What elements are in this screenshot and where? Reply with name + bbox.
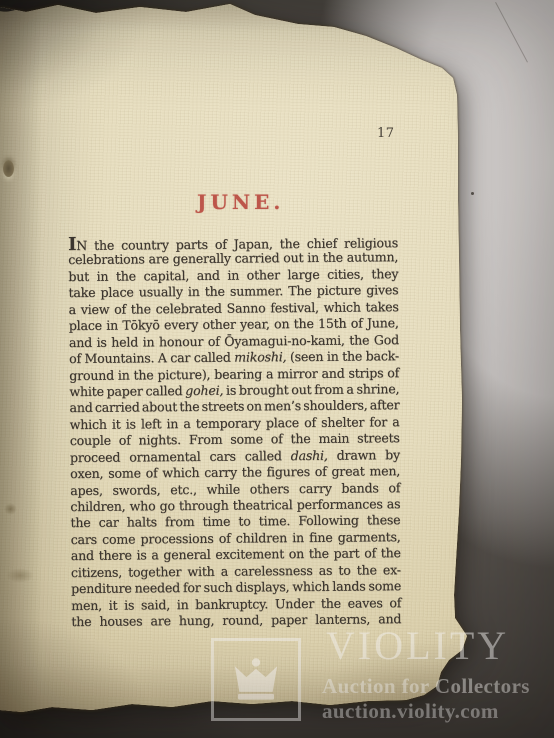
paper-hole: [3, 160, 14, 177]
word: of: [119, 433, 131, 448]
word: carry: [299, 480, 332, 495]
word: a: [183, 416, 190, 431]
word: it: [112, 416, 121, 431]
word: which: [292, 579, 329, 594]
word: in: [188, 284, 200, 299]
word: displays,: [235, 579, 289, 594]
word: called: [245, 448, 282, 463]
word: performances: [297, 496, 383, 512]
word: these: [367, 513, 401, 528]
word: bankruptcy.: [195, 596, 268, 612]
word: June,: [367, 315, 399, 330]
word: Following: [298, 513, 359, 529]
word: men,: [369, 463, 400, 478]
word: on: [274, 316, 289, 331]
word: chief: [307, 236, 337, 251]
word: the: [309, 546, 329, 561]
word: a: [346, 381, 353, 396]
word: place: [100, 285, 133, 300]
word: mikoshi,: [234, 349, 286, 364]
word: of: [271, 431, 283, 446]
word: strips: [348, 365, 383, 380]
word: processions: [140, 531, 213, 547]
word: festival,: [270, 300, 319, 315]
word: celebrations: [68, 252, 145, 268]
word: streets: [202, 399, 245, 414]
word: Under: [275, 595, 314, 610]
word: of: [69, 351, 81, 366]
word: and: [71, 548, 94, 563]
word: brought: [239, 382, 289, 397]
word: a: [221, 563, 228, 578]
word: out: [283, 250, 303, 265]
word: said,: [141, 597, 170, 612]
word: paper: [107, 383, 143, 398]
word: the: [94, 238, 114, 253]
word: the: [242, 464, 262, 479]
word: houses: [99, 613, 142, 628]
word: nights.: [138, 432, 181, 447]
word: part: [333, 546, 359, 561]
word: God: [374, 332, 399, 347]
word: Sanno: [226, 300, 265, 315]
photo-of-book-page: 17 JUNE. INthecountrypartsofJapan,thechi…: [0, 0, 554, 738]
word: a: [69, 302, 76, 317]
word: are: [148, 252, 169, 267]
word: for: [369, 414, 387, 429]
word: A: [158, 350, 167, 365]
word: in: [166, 416, 178, 431]
word: who: [129, 498, 155, 513]
word: (seen: [290, 349, 324, 364]
word: after: [370, 397, 400, 412]
word: of: [389, 595, 401, 610]
word: penditure: [71, 581, 132, 597]
word: through: [179, 498, 229, 513]
word: together: [128, 564, 181, 579]
word: couple: [70, 433, 111, 448]
word: on: [289, 546, 304, 561]
word: back-: [366, 348, 399, 363]
word: view: [81, 301, 110, 316]
word: fine: [309, 530, 333, 545]
word: come: [102, 531, 135, 546]
word: place: [266, 415, 299, 430]
word: is: [124, 597, 134, 612]
word: shoulders,: [303, 398, 367, 414]
word: and: [378, 611, 401, 626]
word: proceed: [70, 449, 120, 464]
chapter-title: JUNE.: [197, 190, 284, 214]
word: the: [294, 316, 314, 331]
word: shelter: [321, 414, 364, 429]
word: of: [364, 546, 376, 561]
word: in: [177, 597, 189, 612]
word: bearing: [214, 366, 262, 381]
word: men’s: [264, 398, 301, 413]
word: the: [205, 284, 225, 299]
word: with: [187, 563, 214, 578]
word: are: [150, 613, 171, 628]
word: cities,: [327, 266, 364, 281]
word: called: [194, 350, 231, 365]
word: of: [315, 464, 327, 479]
word: bands: [341, 480, 378, 495]
word: usually: [139, 284, 183, 299]
word: picture: [317, 283, 362, 298]
word: it: [109, 597, 118, 612]
word: needed: [135, 580, 181, 595]
word: of: [351, 316, 363, 331]
word: The: [288, 283, 312, 298]
word: the: [290, 431, 310, 446]
word: swords,: [112, 482, 160, 497]
page-wrap: 17 JUNE. INthecountrypartsofJapan,thechi…: [0, 0, 554, 738]
word: a: [392, 414, 399, 429]
word: the: [321, 595, 341, 610]
word: in: [307, 250, 319, 265]
word: in: [327, 349, 339, 364]
word: and: [69, 400, 92, 415]
word: in: [292, 530, 304, 545]
word: and: [69, 334, 92, 349]
word: car: [170, 350, 190, 365]
word: a: [266, 366, 273, 381]
paper-blemish: [6, 568, 34, 583]
word: other: [202, 317, 235, 332]
word: carried: [95, 400, 140, 415]
word: called: [145, 383, 182, 398]
word: parts: [176, 237, 208, 252]
word: by: [385, 447, 400, 462]
word: figures: [266, 464, 310, 479]
word: the: [70, 515, 90, 530]
word: Tōkyō: [122, 317, 159, 332]
word: the: [179, 399, 199, 414]
word: some: [108, 465, 141, 480]
word: temporary: [196, 415, 261, 431]
word: dashi,: [291, 447, 328, 462]
word: the: [280, 236, 300, 251]
word: held: [111, 334, 138, 349]
word: of: [304, 415, 316, 430]
word: mirror: [277, 365, 318, 380]
word: in: [143, 334, 155, 349]
word: capital,: [143, 268, 189, 283]
word: from: [165, 514, 195, 529]
word: of: [387, 365, 399, 380]
word: is: [136, 548, 146, 563]
word: great: [331, 464, 364, 479]
word: halts: [127, 515, 157, 530]
word: of: [219, 530, 231, 545]
word: men,: [71, 597, 102, 612]
word: streets: [357, 430, 400, 445]
word: picture),: [157, 366, 210, 381]
word: of: [146, 465, 158, 480]
word: which: [162, 465, 199, 480]
word: time: [202, 514, 230, 529]
word: is: [226, 382, 236, 397]
word: which: [324, 299, 361, 314]
word: children,: [70, 499, 125, 514]
word: take: [68, 285, 95, 300]
word: carelessness: [234, 563, 313, 579]
page-number: 17: [377, 126, 395, 141]
torn-corner-scrap: [0, 0, 29, 13]
word: lanterns,: [315, 611, 370, 626]
word: ground: [69, 367, 114, 382]
word: gohei,: [185, 383, 223, 398]
word: the: [342, 349, 362, 364]
word: round,: [222, 612, 263, 627]
word: in: [96, 269, 108, 284]
word: but: [68, 269, 89, 284]
word: about: [142, 399, 177, 414]
word: carry: [204, 465, 237, 480]
word: such: [203, 580, 232, 595]
word: in: [118, 367, 130, 382]
letter: N: [76, 238, 87, 253]
word: IN: [68, 236, 87, 254]
word: autumn,: [347, 250, 399, 265]
word: a: [151, 548, 158, 563]
word: the: [349, 332, 369, 347]
word: children: [236, 530, 287, 545]
word: large: [287, 267, 319, 282]
word: in: [106, 318, 118, 333]
word: takes: [365, 299, 398, 314]
word: generally: [173, 251, 231, 267]
word: general: [163, 547, 210, 562]
word: and: [197, 268, 220, 283]
word: hung,: [179, 613, 215, 628]
word: the: [116, 268, 136, 283]
word: the: [357, 562, 377, 577]
word: garments,: [338, 529, 401, 545]
word: citizens,: [71, 564, 122, 579]
word: is: [126, 416, 136, 431]
word: place: [69, 318, 102, 333]
word: summer.: [230, 283, 283, 298]
word: shrine,: [356, 381, 399, 396]
word: ex-: [383, 562, 401, 577]
book-page: 17 JUNE. INthecountrypartsofJapan,thechi…: [0, 0, 554, 738]
word: the: [131, 301, 151, 316]
word: drawn: [337, 447, 377, 462]
word: cars: [71, 532, 97, 547]
word: paper: [271, 612, 307, 627]
word: while: [206, 481, 240, 496]
word: theatrical: [233, 497, 293, 513]
word: oxen,: [70, 466, 103, 481]
word: from: [314, 382, 344, 397]
word: eaves: [348, 595, 383, 610]
word: gives: [366, 282, 398, 297]
word: main: [318, 431, 349, 446]
word: of: [114, 301, 126, 316]
word: go: [159, 498, 174, 513]
word: the: [323, 250, 343, 265]
word: of: [208, 333, 220, 348]
word: Ōyamagui-no-kami,: [224, 332, 345, 348]
word: Japan,: [234, 236, 273, 251]
word: From: [189, 432, 223, 447]
word: there: [99, 548, 132, 563]
word: which: [70, 416, 107, 431]
word: to: [238, 514, 250, 529]
word: the: [381, 545, 401, 560]
word: cars: [209, 448, 235, 463]
word: and: [321, 365, 344, 380]
word: year,: [240, 316, 270, 331]
word: apes,: [70, 482, 103, 497]
word: excitement: [215, 546, 284, 562]
word: ornamental: [129, 449, 200, 465]
word: they: [371, 266, 398, 281]
body-text: INthecountrypartsofJapan,thechiefreligio…: [68, 233, 401, 630]
word: honour: [159, 333, 203, 348]
word: is: [97, 334, 107, 349]
word: left: [141, 416, 162, 431]
word: carried: [235, 251, 280, 266]
word: lands: [332, 579, 365, 594]
word: some: [368, 578, 401, 593]
word: others: [250, 481, 290, 496]
word: car: [99, 515, 119, 530]
word: in: [227, 267, 239, 282]
paper-blemish: [4, 503, 17, 515]
word: as: [319, 562, 333, 577]
word: of: [215, 237, 227, 252]
word: time.: [259, 514, 291, 529]
word: the: [133, 367, 153, 382]
word: other: [247, 267, 280, 282]
word: of: [388, 480, 400, 495]
word: as: [387, 496, 401, 511]
word: country: [121, 237, 169, 252]
word: for: [183, 580, 201, 595]
word: celebrated: [156, 300, 222, 316]
word: some: [230, 432, 263, 447]
word: out: [291, 382, 311, 397]
word: every: [164, 317, 198, 332]
text-line: thehousesarehung,round,paperlanterns,and: [71, 611, 401, 630]
word: the: [71, 614, 91, 629]
word: on: [246, 399, 261, 414]
word: Mountains.: [84, 350, 154, 366]
word: 15th: [318, 316, 347, 331]
word: to: [338, 562, 350, 577]
word: religious: [344, 235, 398, 250]
word: white: [69, 384, 104, 399]
word: etc.,: [170, 481, 197, 496]
